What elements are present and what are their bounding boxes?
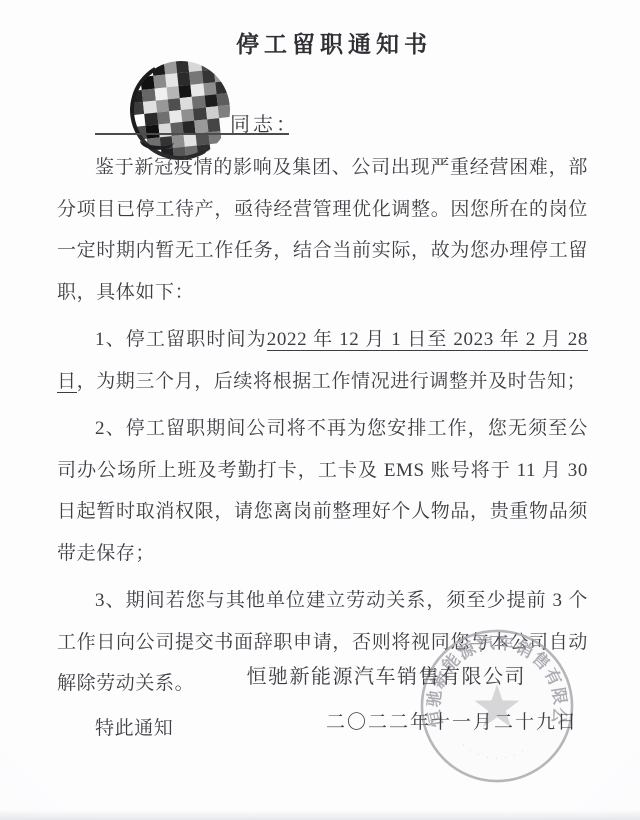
document-title: 停工留职通知书	[14, 26, 640, 59]
paragraph-item1: 1、停工留职时间为2022 年 12 月 1 日至 2023 年 2 月 28 …	[57, 319, 588, 402]
company-name: 恒驰新能源汽车销售有限公司	[0, 660, 640, 689]
paragraph-item2: 2、停工留职期间公司将不再为您安排工作，您无须至公司办公场所上班及考勤打卡，工卡…	[57, 408, 588, 574]
paragraph-intro: 鉴于新冠疫情的影响及集团、公司出现严重经营困难，部分项目已停工待产，亟待经营管理…	[57, 147, 588, 313]
document-page: 停工留职通知书 同志： 鉴于新冠疫情的影响及集团、公司出现严重经营困难，部分项目…	[0, 0, 640, 820]
signature-date: 二〇二二年十一月二十九日	[0, 707, 640, 734]
item1-pre-text: 1、停工留职时间为	[95, 329, 267, 350]
signature-block: 恒驰新能源汽车销售有限公司 二〇二二年十一月二十九日	[0, 660, 640, 734]
item1-post-text: ，为期三个月，后续将根据工作情况进行调整并及时告知；	[77, 371, 587, 392]
salutation-label: 同志：	[230, 108, 299, 137]
